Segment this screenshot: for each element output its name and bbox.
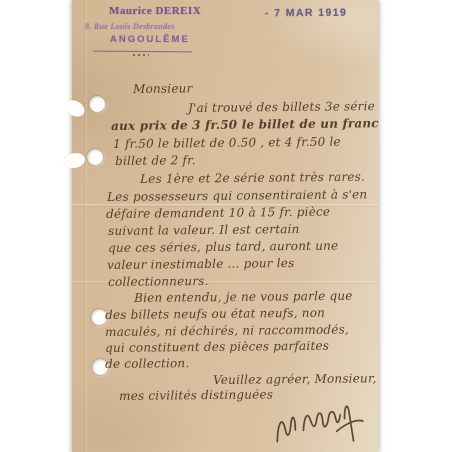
letter-line: Les 1ère et 2e série sont très rares. [140, 170, 365, 186]
letter-line: suivant la valeur. Il est certain [108, 222, 300, 238]
letter-line: que ces séries, plus tard, auront une [108, 239, 338, 255]
letter-paper: Maurice DEREIX 9, Rue Louis Desbrandes A… [72, 0, 378, 452]
letter-line: valeur inestimable ... pour les [107, 256, 294, 272]
scanner-background: Maurice DEREIX 9, Rue Louis Desbrandes A… [0, 0, 452, 452]
date-stamp: - 7 MAR 1919 [265, 7, 347, 20]
letter-line: Les possesseurs qui consentiraient à s'e… [107, 187, 367, 204]
letterhead-name: Maurice DEREIX [109, 5, 201, 17]
letter-line: défaire demandent 10 à 15 fr. pièce [106, 205, 330, 221]
letterhead-rule [93, 51, 192, 53]
letter-line-closing: mes civilités distinguées [119, 387, 273, 403]
letter-line: qui constituent des pièces parfaites [105, 339, 329, 355]
letter-line: billet de 2 fr. [115, 153, 196, 168]
punch-hole [87, 149, 103, 165]
letter-line-closing: Veuillez agréer, Monsieur, [213, 371, 377, 387]
signature [268, 394, 368, 452]
letterhead-address: 9, Rue Louis Desbrandes [85, 22, 175, 31]
letter-line: maculés, ni déchirés, ni raccommodés, [105, 322, 349, 339]
letter-line: 1 fr.50 le billet de 0.50 , et 4 fr.50 l… [113, 135, 341, 151]
letterhead-rule-mark [133, 54, 149, 56]
letter-line: Bien entendu, je ne vous parle que [134, 289, 353, 305]
letter-line: collectionneurs. [108, 274, 209, 289]
letter-line: J'ai trouvé des billets 3e série [188, 99, 375, 115]
punch-hole [89, 96, 105, 112]
paper-tear [63, 98, 87, 119]
fold-crease [84, 0, 87, 452]
paper-tear [62, 150, 86, 170]
letter-line: des billets neufs ou état neufs, non [105, 306, 325, 322]
letter-line: de collection. [105, 356, 189, 371]
letter-line-salutation: Monsieur [133, 81, 193, 96]
letterhead-city: ANGOULÊME [110, 34, 190, 45]
letter-line: aux prix de 3 fr.50 le billet de un fran… [111, 116, 379, 133]
